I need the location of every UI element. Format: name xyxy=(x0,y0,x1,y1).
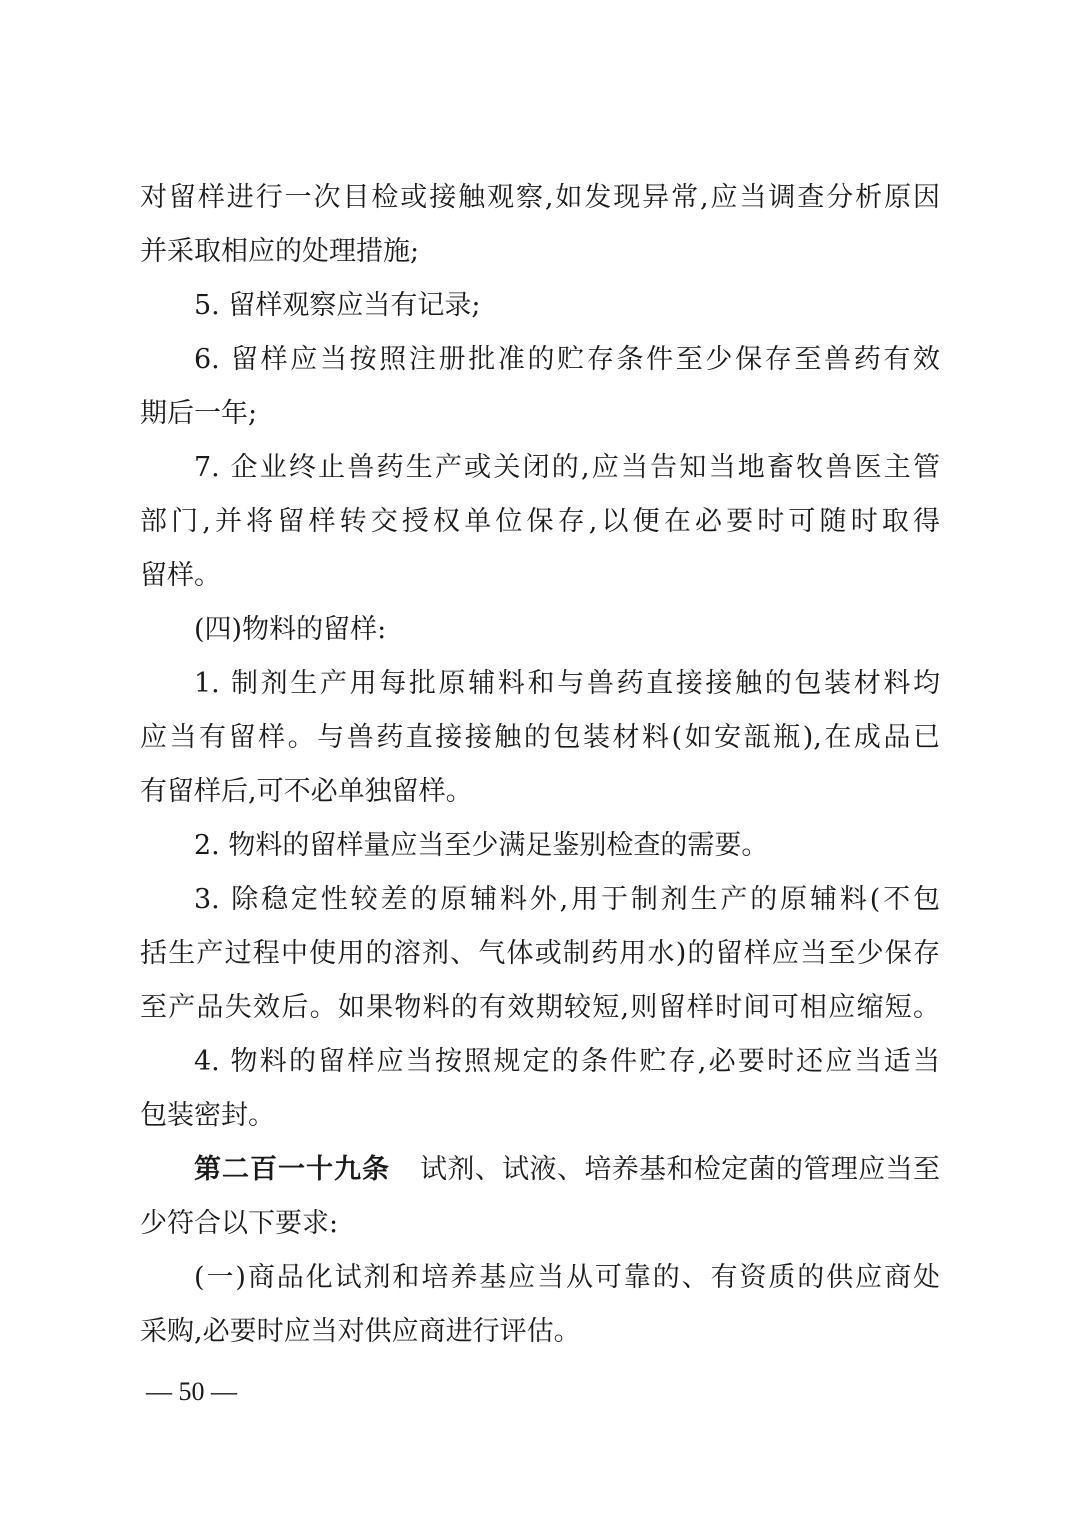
paragraph-line: 少符合以下要求: xyxy=(140,1204,940,1244)
paragraph-line: 采购,必要时应当对供应商进行评估。 xyxy=(140,1312,940,1352)
paragraph-line: 有留样后,可不必单独留样。 xyxy=(140,772,940,812)
article-219: 第二百一十九条 试剂、试液、培养基和检定菌的管理应当至 xyxy=(194,1150,940,1190)
article-heading: 第二百一十九条 xyxy=(194,1150,390,1190)
paragraph-line: 至产品失效后。如果物料的有效期较短,则留样时间可相应缩短。 xyxy=(140,988,940,1028)
paragraph-line: 部门,并将留样转交授权单位保存,以便在必要时可随时取得 xyxy=(140,502,940,542)
list-item-7: 7. 企业终止兽药生产或关闭的,应当告知当地畜牧兽医主管 xyxy=(194,448,940,488)
paragraph-line: 期后一年; xyxy=(140,394,940,434)
paragraph-line: 留样。 xyxy=(140,556,940,596)
paragraph-line: 括生产过程中使用的溶剂、气体或制药用水)的留样应当至少保存 xyxy=(140,934,940,974)
page-number: — 50 — xyxy=(146,1374,237,1410)
paragraph-line: 应当有留样。与兽药直接接触的包装材料(如安瓿瓶),在成品已 xyxy=(140,718,940,758)
list-item-3: 3. 除稳定性较差的原辅料外,用于制剂生产的原辅料(不包 xyxy=(194,880,940,920)
list-item-commercial-reagents: (一)商品化试剂和培养基应当从可靠的、有资质的供应商处 xyxy=(194,1258,940,1298)
article-text: 试剂、试液、培养基和检定菌的管理应当至 xyxy=(420,1150,940,1190)
paragraph-line: 并采取相应的处理措施; xyxy=(140,232,940,272)
list-item-6: 6. 留样应当按照注册批准的贮存条件至少保存至兽药有效 xyxy=(194,340,940,380)
paragraph-line: 对留样进行一次目检或接触观察,如发现异常,应当调查分析原因 xyxy=(140,178,940,218)
section-heading-materials: (四)物料的留样: xyxy=(194,610,940,650)
list-item-4: 4. 物料的留样应当按照规定的条件贮存,必要时还应当适当 xyxy=(194,1042,940,1082)
paragraph-line: 包装密封。 xyxy=(140,1096,940,1136)
list-item-1: 1. 制剂生产用每批原辅料和与兽药直接接触的包装材料均 xyxy=(194,664,940,704)
list-item-2: 2. 物料的留样量应当至少满足鉴别检查的需要。 xyxy=(194,826,940,866)
list-item-5: 5. 留样观察应当有记录; xyxy=(194,286,940,326)
